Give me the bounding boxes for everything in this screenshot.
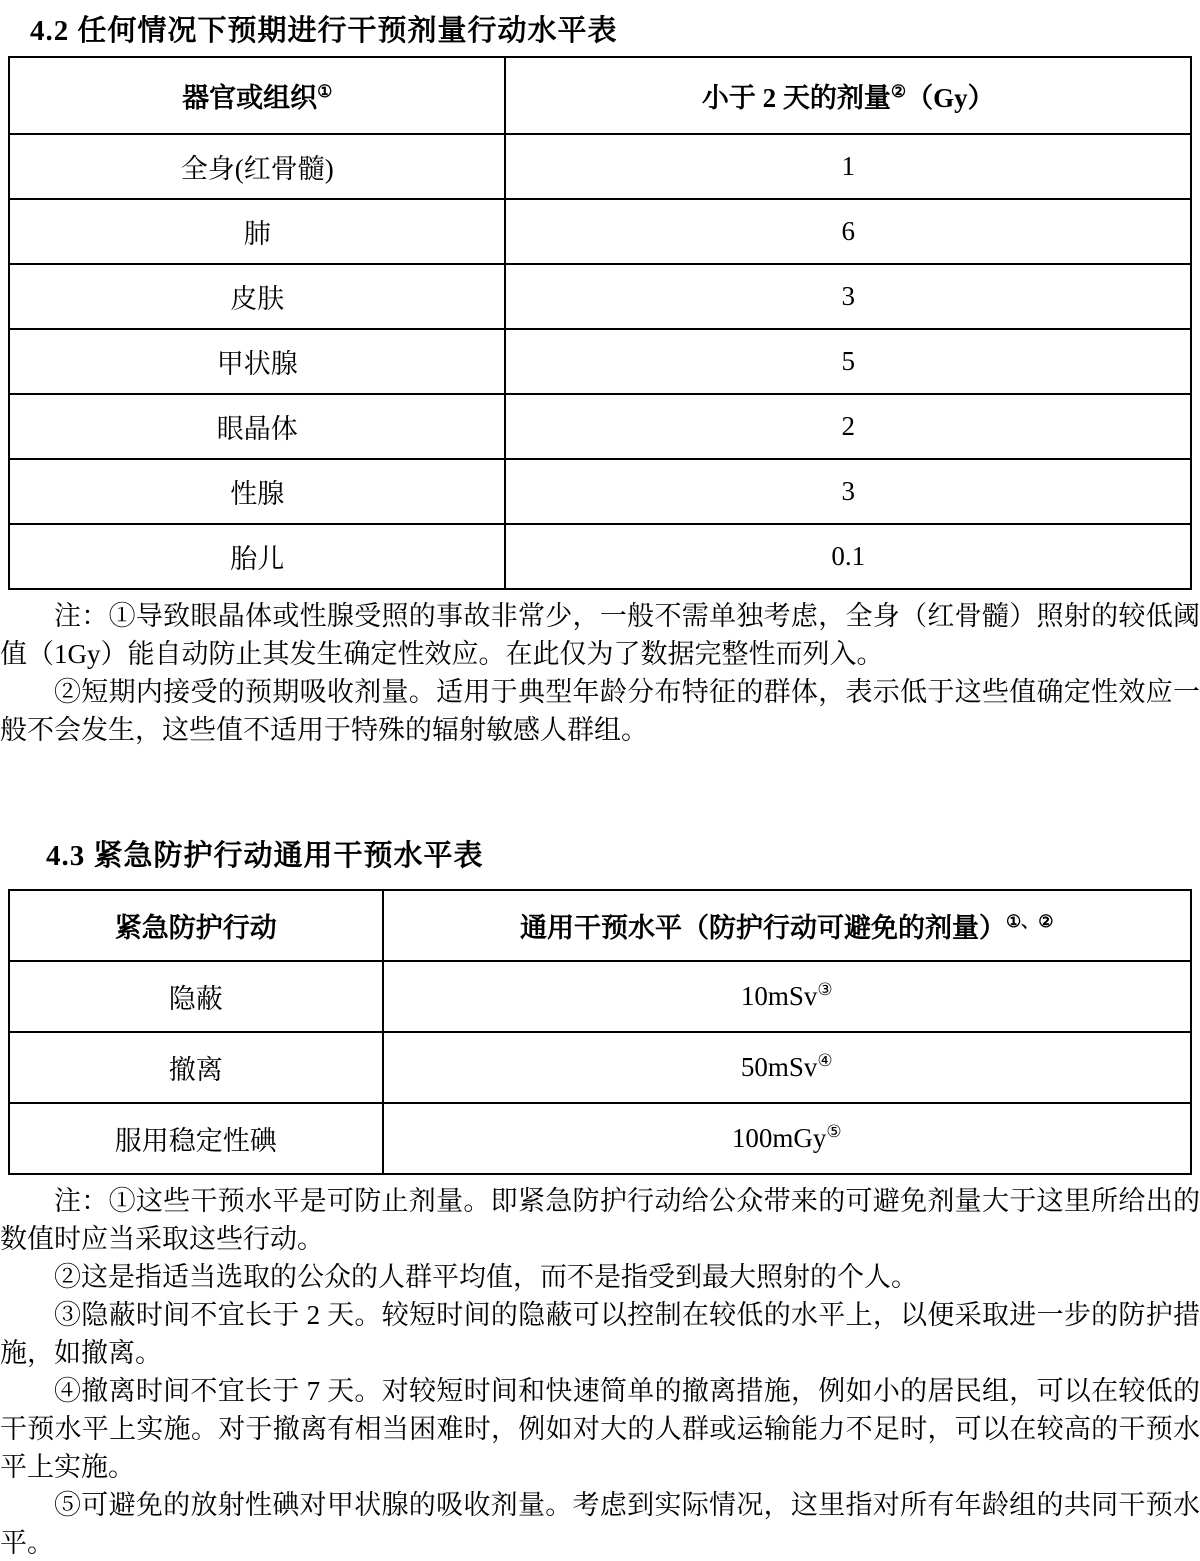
action-column-header: 紧急防护行动	[9, 890, 383, 961]
table-row: 全身(红骨髓) 1	[9, 134, 1191, 199]
table-row: 皮肤 3	[9, 264, 1191, 329]
organ-cell: 胎儿	[9, 524, 505, 589]
note-paragraph: ④撤离时间不宜长于 7 天。对较短时间和快速简单的撤离措施，例如小的居民组，可以…	[0, 1372, 1200, 1486]
organ-cell: 性腺	[9, 459, 505, 524]
note-paragraph: ②这是指适当选取的公众的人群平均值，而不是指受到最大照射的个人。	[0, 1258, 1200, 1296]
footnote-ref-4: ④	[817, 1051, 832, 1070]
action-cell: 隐蔽	[9, 961, 383, 1032]
note-paragraph: ⑤可避免的放射性碘对甲状腺的吸收剂量。考虑到实际情况，这里指对所有年龄组的共同干…	[0, 1486, 1200, 1561]
dose-cell: 2	[505, 394, 1191, 459]
table-row: 服用稳定性碘 100mGy⑤	[9, 1103, 1191, 1174]
action-column-header-label: 紧急防护行动	[115, 913, 277, 943]
document-page: 4.2 任何情况下预期进行干预剂量行动水平表 器官或组织① 小于 2 天的剂量②…	[0, 8, 1200, 1561]
table-row: 性腺 3	[9, 459, 1191, 524]
dose-cell: 0.1	[505, 524, 1191, 589]
section-4-2-heading: 4.2 任何情况下预期进行干预剂量行动水平表	[30, 8, 1200, 49]
level-column-header: 通用干预水平（防护行动可避免的剂量）①、②	[383, 890, 1192, 961]
footnote-ref-5: ⑤	[826, 1122, 841, 1141]
note-paragraph: ③隐蔽时间不宜长于 2 天。较短时间的隐蔽可以控制在较低的水平上，以便采取进一步…	[0, 1296, 1200, 1372]
table-row: 甲状腺 5	[9, 329, 1191, 394]
dose-cell: 1	[505, 134, 1191, 199]
footnote-ref-3: ③	[817, 980, 832, 999]
dose-column-header-unit: （Gy）	[906, 83, 995, 113]
table-row: 胎儿 0.1	[9, 524, 1191, 589]
footnote-ref-1: ①	[317, 82, 332, 101]
level-value: 100mGy	[732, 1123, 827, 1153]
action-cell: 服用稳定性碘	[9, 1103, 383, 1174]
level-cell: 10mSv③	[383, 961, 1192, 1032]
section-4-3-heading: 4.3 紧急防护行动通用干预水平表	[46, 833, 1200, 874]
organ-cell: 全身(红骨髓)	[9, 134, 505, 199]
dose-column-header: 小于 2 天的剂量②（Gy）	[505, 57, 1191, 134]
note-paragraph: 注：①导致眼晶体或性腺受照的事故非常少，一般不需单独考虑，全身（红骨髓）照射的较…	[0, 597, 1200, 673]
organ-cell: 肺	[9, 199, 505, 264]
note-paragraph: 注：①这些干预水平是可防止剂量。即紧急防护行动给公众带来的可避免剂量大于这里所给…	[0, 1182, 1200, 1258]
organ-column-header: 器官或组织①	[9, 57, 505, 134]
generic-intervention-level-table: 紧急防护行动 通用干预水平（防护行动可避免的剂量）①、② 隐蔽 10mSv③ 撤…	[8, 889, 1192, 1175]
dose-cell: 3	[505, 459, 1191, 524]
dose-column-header-label: 小于 2 天的剂量	[702, 83, 891, 113]
note-paragraph: ②短期内接受的预期吸收剂量。适用于典型年龄分布特征的群体，表示低于这些值确定性效…	[0, 673, 1200, 749]
level-cell: 50mSv④	[383, 1032, 1192, 1103]
table-4-2-notes: 注：①导致眼晶体或性腺受照的事故非常少，一般不需单独考虑，全身（红骨髓）照射的较…	[0, 597, 1200, 749]
organ-cell: 皮肤	[9, 264, 505, 329]
dose-cell: 3	[505, 264, 1191, 329]
table-row: 撤离 50mSv④	[9, 1032, 1191, 1103]
dose-cell: 5	[505, 329, 1191, 394]
level-value: 10mSv	[741, 981, 818, 1011]
dose-cell: 6	[505, 199, 1191, 264]
dose-action-level-table: 器官或组织① 小于 2 天的剂量②（Gy） 全身(红骨髓) 1 肺 6 皮肤 3…	[8, 56, 1192, 590]
table-4-3-notes: 注：①这些干预水平是可防止剂量。即紧急防护行动给公众带来的可避免剂量大于这里所给…	[0, 1182, 1200, 1561]
table-row: 眼晶体 2	[9, 394, 1191, 459]
organ-cell: 甲状腺	[9, 329, 505, 394]
organ-column-header-label: 器官或组织	[182, 83, 317, 113]
footnote-ref-1-2: ①、②	[1006, 912, 1053, 931]
level-cell: 100mGy⑤	[383, 1103, 1192, 1174]
level-value: 50mSv	[741, 1052, 818, 1082]
table-header-row: 器官或组织① 小于 2 天的剂量②（Gy）	[9, 57, 1191, 134]
organ-cell: 眼晶体	[9, 394, 505, 459]
level-column-header-label: 通用干预水平（防护行动可避免的剂量）	[520, 913, 1006, 943]
action-cell: 撤离	[9, 1032, 383, 1103]
table-row: 隐蔽 10mSv③	[9, 961, 1191, 1032]
footnote-ref-2: ②	[891, 82, 906, 101]
table-header-row: 紧急防护行动 通用干预水平（防护行动可避免的剂量）①、②	[9, 890, 1191, 961]
table-row: 肺 6	[9, 199, 1191, 264]
